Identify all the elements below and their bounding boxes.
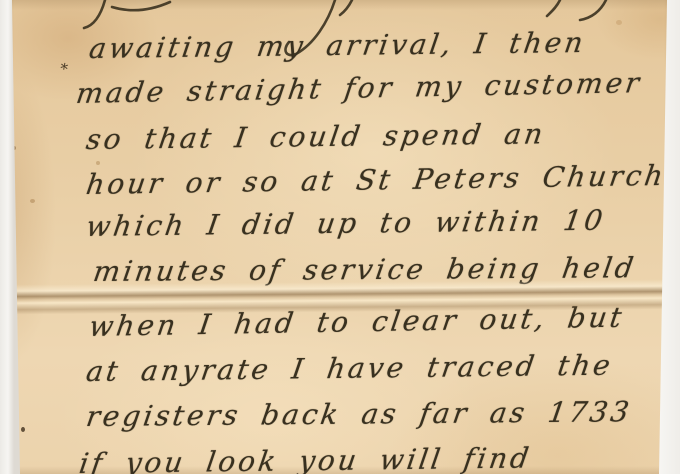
letter-line: so that I could spend an: [84, 118, 548, 156]
letter-line: when I had to clear out, but: [87, 302, 626, 343]
letter-photo: * awaiting my arrival, I then made strai…: [0, 0, 680, 474]
letter-line: registers back as far as 1733: [84, 396, 634, 433]
letter-line: made straight for my customer: [74, 67, 644, 110]
letter-line: if you look you will find: [77, 442, 534, 474]
margin-asterisk: *: [58, 59, 69, 78]
margin-x-mark: x: [5, 290, 16, 309]
letter-paper: * awaiting my arrival, I then made strai…: [0, 0, 680, 474]
letter-line: awaiting my arrival, I then: [87, 27, 588, 65]
paper-speck: [96, 161, 100, 165]
letter-line: minutes of service being held: [91, 252, 638, 288]
letter-line: hour or so at St Peters Church: [84, 160, 668, 201]
paper-speck: [12, 146, 16, 150]
letter-line: which I did up to within 10: [84, 205, 607, 244]
paper-speck: [30, 199, 35, 203]
paper-speck: [616, 20, 622, 25]
paper-speck: [21, 427, 25, 432]
letter-line: at anyrate I have traced the: [84, 350, 615, 389]
